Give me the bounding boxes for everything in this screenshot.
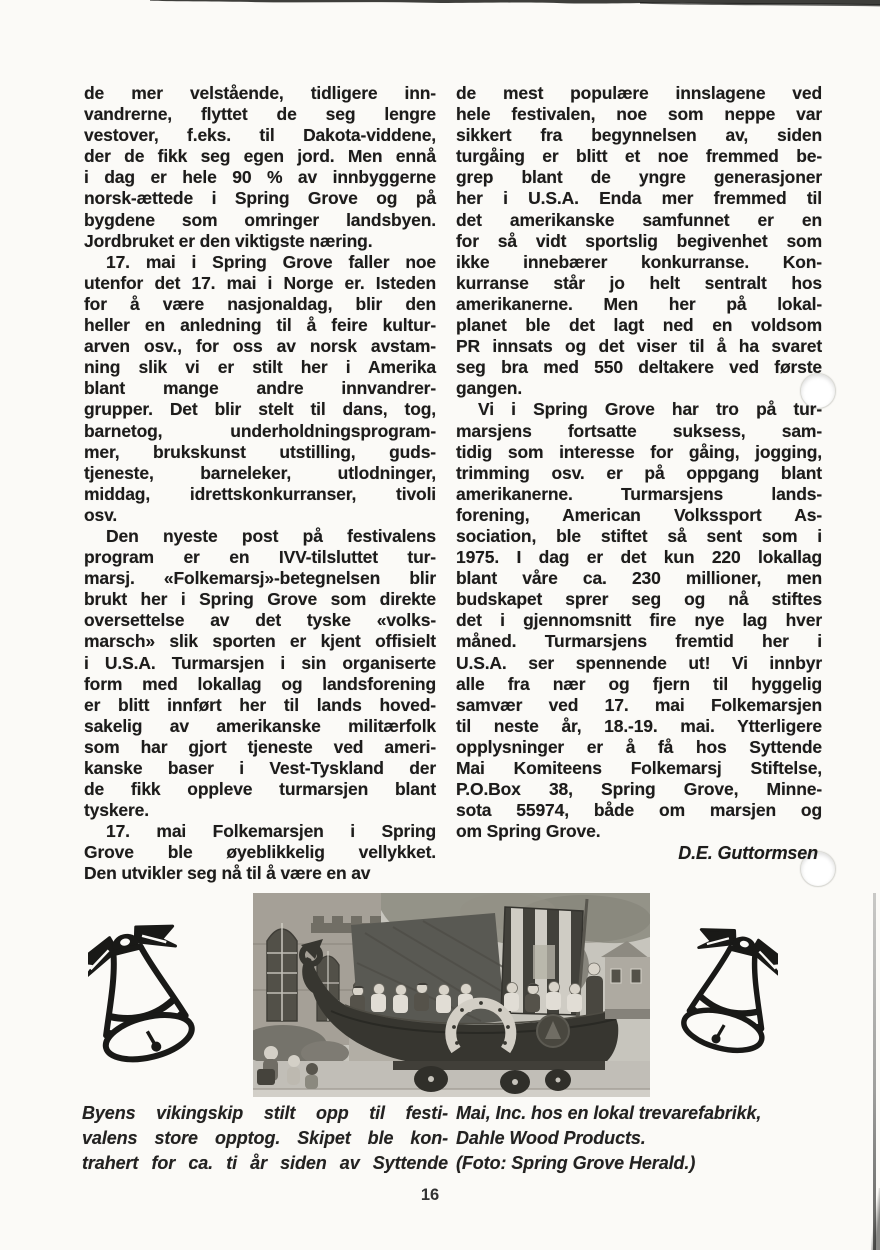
paragraph: 17. mai Folkemarsjen i SpringGrove ble ø… [84,821,436,884]
text-line: valens store opptog. Skipet ble kon- [82,1126,448,1151]
text-line: måned. Turmarsjens fremtid her i [456,631,822,652]
text-line: sakelig av amerikanske militærfolk [84,716,436,737]
text-line: Mai, Inc. hos en lokal trevarefabrikk, [456,1101,828,1126]
text-line: her i U.S.A. Enda mer fremmed til [456,188,822,209]
text-line: mer, brukskunst utstilling, guds- [84,442,436,463]
text-line: blant våre ca. 230 millioner, men [456,568,822,589]
paragraph: Mai, Inc. hos en lokal trevarefabrikk,Da… [456,1101,828,1176]
text-line: kanske baser i Vest-Tyskland der [84,758,436,779]
text-line: samvær ved 17. mai Folkemarsjen [456,695,822,716]
text-line: i dag er hele 90 % av innbyggerne [84,167,436,188]
text-line: norsk-ættede i Spring Grove og på [84,188,436,209]
text-line: grep blant de yngre generasjoner [456,167,822,188]
text-line: U.S.A. ser spennende ut! Vi innbyr [456,653,822,674]
text-line: det i gjennomsnitt fire nye lag hver [456,610,822,631]
text-line: som har gjort tjeneste ved ameri- [84,737,436,758]
text-line: Mai Komiteens Folkemarsj Stiftelse, [456,758,822,779]
text-line: form med lokallag og landsforening [84,674,436,695]
bell-icon [88,920,196,1092]
text-line: i U.S.A. Turmarsjen i sin organiserte [84,653,436,674]
text-line: program er en IVV-tilsluttet tur- [84,547,436,568]
text-line: Grove ble øyeblikkelig vellykket. [84,842,436,863]
text-line: marsch» slik sporten er kjent offisielt [84,631,436,652]
text-line: gangen. [456,378,822,399]
text-line: om Spring Grove. [456,821,822,842]
text-line: Vi i Spring Grove har tro på tur- [456,399,822,420]
text-line: brukt her i Spring Grove som direkte [84,589,436,610]
text-line: sociation, ble stiftet så sent som i [456,526,822,547]
text-line: de mest populære innslagene ved [456,83,822,104]
text-line: vestover, f.eks. til Dakota-viddene, [84,125,436,146]
photo-caption-left: Byens vikingskip stilt opp til festi-val… [82,1101,448,1176]
text-line: forening, American Volkssport As- [456,505,822,526]
text-line: trahert for ca. ti år siden av Syttende [82,1151,448,1176]
text-line: til neste år, 18.-19. mai. Ytterligere [456,716,822,737]
text-line: bygdene som omringer landsbyen. [84,210,436,231]
text-line: marsj. «Folkemarsj»-betegnelsen blir [84,568,436,589]
text-line: tidig som interesse for gåing, jogging, [456,442,822,463]
text-line: P.O.Box 38, Spring Grove, Minne- [456,779,822,800]
paragraph: de mest populære innslagene vedhele fest… [456,83,822,399]
text-line: der de fikk seg egen jord. Men ennå [84,146,436,167]
text-line: opplysninger er å få hos Syttende [456,737,822,758]
text-line: amerikanerne. Men her på lokal- [456,294,822,315]
text-line: de mer velstående, tidligere inn- [84,83,436,104]
top-edge-scan-artifact [0,0,880,8]
text-line: Byens vikingskip stilt opp til festi- [82,1101,448,1126]
paragraph: Den nyeste post på festivalensprogram er… [84,526,436,821]
text-line: turgåing er blitt et noe fremmed be- [456,146,822,167]
text-line: alle fra nær og fjern til hyggelig [456,674,822,695]
text-line: (Foto: Spring Grove Herald.) [456,1151,828,1176]
scan-page: de mer velstående, tidligere inn-vandrer… [0,0,880,1250]
text-line: det amerikanske samfunnet er en [456,210,822,231]
text-line: marsjens fortsatte suksess, sam- [456,421,822,442]
text-line: for å være nasjonaldag, blir den [84,294,436,315]
paragraph: de mer velstående, tidligere inn-vandrer… [84,83,436,252]
paragraph: 17. mai i Spring Grove faller noeutenfor… [84,252,436,526]
text-line: amerikanerne. Turmarsjens lands- [456,484,822,505]
text-line: ikke innebærer konkurranse. Kon- [456,252,822,273]
text-line: er blitt innført her til lands hoved- [84,695,436,716]
text-line: vandrerne, flyttet de seg lengre [84,104,436,125]
text-line: budskapet sprer seg og nå stiftes [456,589,822,610]
text-line: 17. mai i Spring Grove faller noe [84,252,436,273]
bottom-right-scan-artifact [871,1188,880,1250]
text-line: Dahle Wood Products. [456,1126,828,1151]
text-line: planet ble det lagt ned en voldsom [456,315,822,336]
text-line: grupper. Det blir stelt til dans, tog, [84,399,436,420]
text-line: sota 55974, både om marsjen og [456,800,822,821]
photo-caption-right: Mai, Inc. hos en lokal trevarefabrikk,Da… [456,1101,828,1176]
text-line: tjeneste, barneleker, utlodninger, [84,463,436,484]
text-line: utenfor det 17. mai i Norge er. Isteden [84,273,436,294]
text-line: hele festivalen, noe som neppe var [456,104,822,125]
text-line: heller en anledning til å feire kultur- [84,315,436,336]
author-signature: D.E. Guttormsen [456,843,822,864]
text-line: sikkert fra begynnelsen av, siden [456,125,822,146]
text-line: Den utvikler seg nå til å være en av [84,863,436,884]
text-line: ning slik vi er stilt her i Amerika [84,357,436,378]
text-line: PR innsats og det viser til å ha svaret [456,336,822,357]
text-line: Den nyeste post på festivalens [84,526,436,547]
text-line: kurranse står jo helt sentralt hos [456,273,822,294]
article-left-column: de mer velstående, tidligere inn-vandrer… [84,83,436,885]
text-line: 17. mai Folkemarsjen i Spring [84,821,436,842]
text-line: blant mange andre innvandrer- [84,378,436,399]
text-line: trimming osv. er på oppgang blant [456,463,822,484]
text-line: osv. [84,505,436,526]
bell-icon [680,924,778,1028]
text-line: Jordbruket er den viktigste næring. [84,231,436,252]
paragraph: Byens vikingskip stilt opp til festi-val… [82,1101,448,1176]
viking-ship-photo [253,893,650,1097]
text-line: barnetog, underholdningsprogram- [84,421,436,442]
text-line: 1975. I dag er det kun 220 lokallag [456,547,822,568]
text-line: seg bra med 550 deltakere ved første [456,357,822,378]
paragraph: Vi i Spring Grove har tro på tur-marsjen… [456,399,822,842]
text-line: tyskere. [84,800,436,821]
text-line: de fikk oppleve turmarsjen blant [84,779,436,800]
page-number: 16 [0,1186,860,1205]
text-line: oversettelse av det tyske «volks- [84,610,436,631]
text-line: middag, idrettskonkurranser, tivoli [84,484,436,505]
article-right-column: de mest populære innslagene vedhele fest… [456,83,822,864]
text-line: for så vidt sportslig begivenhet som [456,231,822,252]
text-line: arven osv., for oss av norsk avstam- [84,336,436,357]
